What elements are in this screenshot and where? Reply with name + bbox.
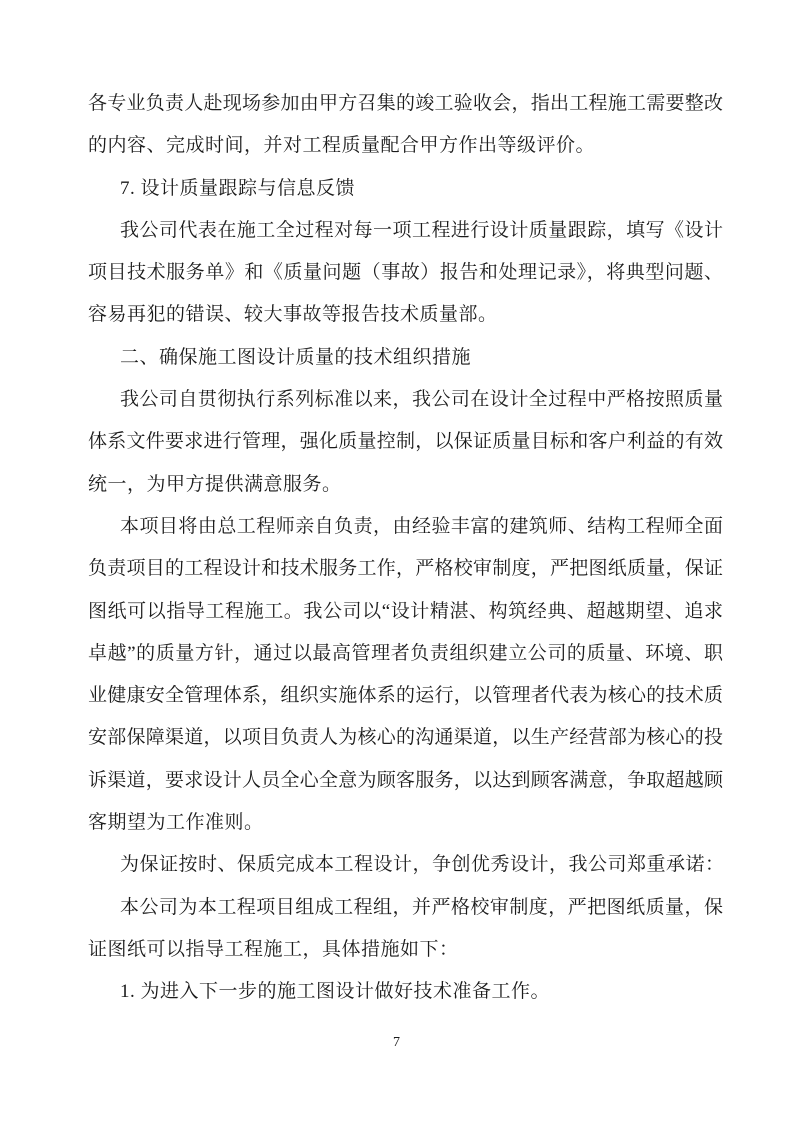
- text-line: 的内容、完成时间，并对工程质量配合甲方作出等级评价。: [88, 125, 723, 167]
- text-line: 业健康安全管理体系，组织实施体系的运行，以管理者代表为核心的技术质: [88, 675, 723, 717]
- text-line: 客期望为工作准则。: [88, 802, 723, 844]
- text-line: 负责项目的工程设计和技术服务工作，严格校审制度，严把图纸质量，保证: [88, 548, 723, 590]
- text-line: 1. 为进入下一步的施工图设计做好技术准备工作。: [88, 971, 723, 1013]
- text-line: 统一，为甲方提供满意服务。: [88, 464, 723, 506]
- text-line: 图纸可以指导工程施工。我公司以“设计精湛、构筑经典、超越期望、追求: [88, 591, 723, 633]
- text-line: 为保证按时、保质完成本工程设计，争创优秀设计，我公司郑重承诺：: [88, 844, 723, 886]
- text-line: 各专业负责人赴现场参加由甲方召集的竣工验收会，指出工程施工需要整改: [88, 83, 723, 125]
- page-footer: 7: [0, 1033, 793, 1053]
- page-number: 7: [393, 1035, 400, 1050]
- text-line: 项目技术服务单》和《质量问题（事故）报告和处理记录》，将典型问题、: [88, 252, 723, 294]
- text-line: 7. 设计质量跟踪与信息反馈: [88, 168, 723, 210]
- text-line: 诉渠道，要求设计人员全心全意为顾客服务，以达到顾客满意，争取超越顾: [88, 760, 723, 802]
- text-line: 本项目将由总工程师亲自负责，由经验丰富的建筑师、结构工程师全面: [88, 506, 723, 548]
- text-line: 证图纸可以指导工程施工，具体措施如下：: [88, 929, 723, 971]
- text-line: 我公司自贯彻执行系列标准以来，我公司在设计全过程中严格按照质量: [88, 379, 723, 421]
- text-line: 体系文件要求进行管理，强化质量控制，以保证质量目标和客户利益的有效: [88, 421, 723, 463]
- document-page: 各专业负责人赴现场参加由甲方召集的竣工验收会，指出工程施工需要整改的内容、完成时…: [0, 0, 793, 1122]
- text-line: 本公司为本工程项目组成工程组，并严格校审制度，严把图纸质量，保: [88, 887, 723, 929]
- document-body: 各专业负责人赴现场参加由甲方召集的竣工验收会，指出工程施工需要整改的内容、完成时…: [88, 83, 723, 1014]
- text-line: 安部保障渠道，以项目负责人为核心的沟通渠道，以生产经营部为核心的投: [88, 717, 723, 759]
- text-line: 容易再犯的错误、较大事故等报告技术质量部。: [88, 294, 723, 336]
- text-line: 二、确保施工图设计质量的技术组织措施: [88, 337, 723, 379]
- text-line: 卓越”的质量方针，通过以最高管理者负责组织建立公司的质量、环境、职: [88, 633, 723, 675]
- text-line: 我公司代表在施工全过程对每一项工程进行设计质量跟踪，填写《设计: [88, 210, 723, 252]
